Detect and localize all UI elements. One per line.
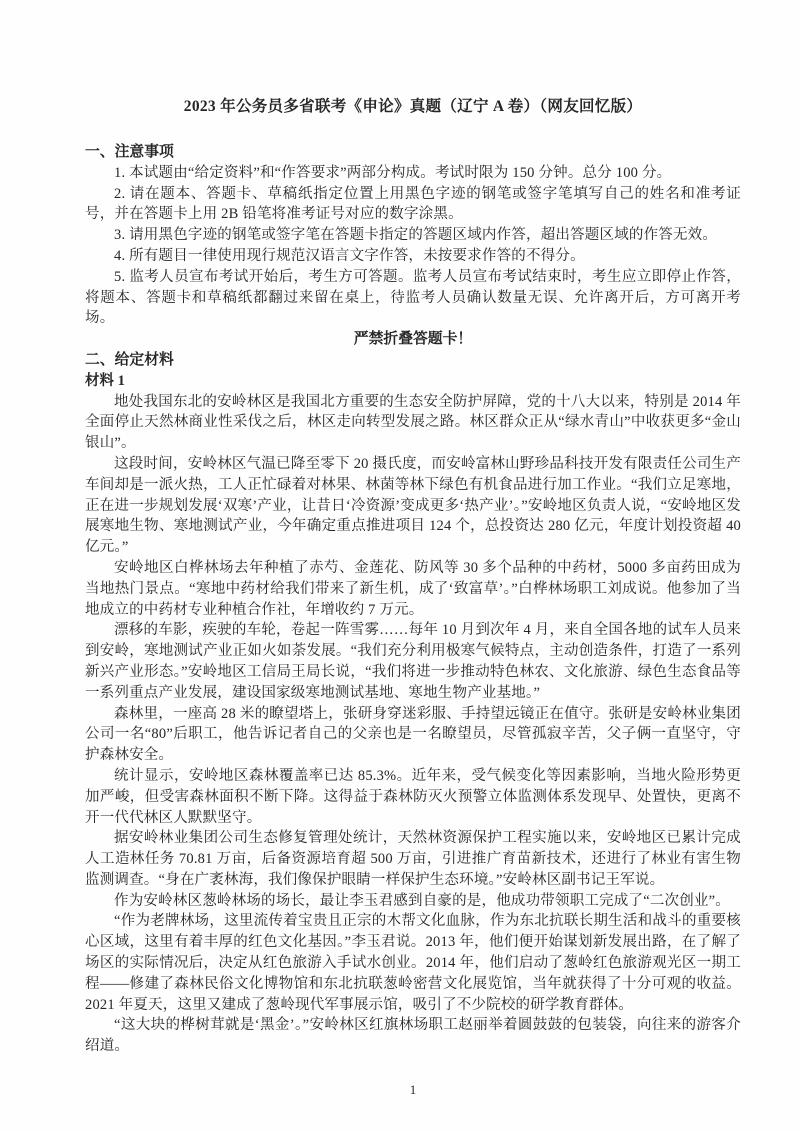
notice-item: 4. 所有题目一律使用现行规范汉语言文字作答，未按要求作答的不得分。	[85, 246, 741, 267]
notice-item: 3. 请用黑色字迹的钢笔或签字笔在答题卡指定的答题区域内作答，超出答题区域的作答…	[85, 225, 741, 246]
notice-section-heading: 一、注意事项	[85, 142, 741, 163]
notice-item: 1. 本试题由“给定资料”和“作答要求”两部分构成。考试时限为 150 分钟。总…	[85, 163, 741, 184]
material-paragraph: “作为老牌林场，这里流传着宝贵且正宗的木帮文化血脉，作为东北抗联长期生活和战斗的…	[85, 911, 741, 1015]
material-paragraph: 据安岭林业集团公司生态修复管理处统计，天然林资源保护工程实施以来，安岭地区已累计…	[85, 828, 741, 890]
fold-warning-text: 严禁折叠答题卡！	[85, 329, 741, 350]
notice-item: 2. 请在题本、答题卡、草稿纸指定位置上用黑色字迹的钢笔或签字笔填写自己的姓名和…	[85, 184, 741, 226]
material-paragraph: 这段时间，安岭林区气温已降至零下 20 摄氏度，而安岭富林山野珍品科技开发有限责…	[85, 454, 741, 558]
material-paragraph: 作为安岭林区葱岭林场的场长，最让李玉君感到自豪的是，他成功带领职工完成了“二次创…	[85, 891, 741, 912]
material-1-paragraphs: 地处我国东北的安岭林区是我国北方重要的生态安全防护屏障，党的十八大以来，特别是 …	[85, 392, 741, 1058]
document-page: 2023 年公务员多省联考《申论》真题（辽宁 A 卷）（网友回忆版） 一、注意事…	[0, 0, 800, 1131]
material-paragraph: 漂移的车影，疾驶的车轮，卷起一阵雪雾……每年 10 月到次年 4 月，来自全国各…	[85, 620, 741, 703]
material-paragraph: 统计显示，安岭地区森林覆盖率已达 85.3%。近年来，受气候变化等因素影响，当地…	[85, 766, 741, 828]
material-paragraph: 安岭地区白桦林场去年种植了赤芍、金莲花、防风等 30 多个品种的中药材，5000…	[85, 558, 741, 620]
notice-item: 5. 监考人员宣布考试开始后，考生方可答题。监考人员宣布考试结束时，考生应立即停…	[85, 267, 741, 329]
document-title: 2023 年公务员多省联考《申论》真题（辽宁 A 卷）（网友回忆版）	[85, 96, 741, 118]
notice-list: 1. 本试题由“给定资料”和“作答要求”两部分构成。考试时限为 150 分钟。总…	[85, 163, 741, 329]
material-1-label: 材料 1	[85, 371, 741, 392]
material-paragraph: “这大块的桦树茸就是‘黑金’。”安岭林区红旗林场职工赵丽举着圆鼓鼓的包装袋，向往…	[85, 1015, 741, 1057]
material-paragraph: 地处我国东北的安岭林区是我国北方重要的生态安全防护屏障，党的十八大以来，特别是 …	[85, 392, 741, 454]
materials-section-heading: 二、给定材料	[85, 350, 741, 371]
page-number: 1	[85, 1081, 741, 1099]
material-paragraph: 森林里，一座高 28 米的瞭望塔上，张研身穿迷彩服、手持望远镜正在值守。张研是安…	[85, 704, 741, 766]
